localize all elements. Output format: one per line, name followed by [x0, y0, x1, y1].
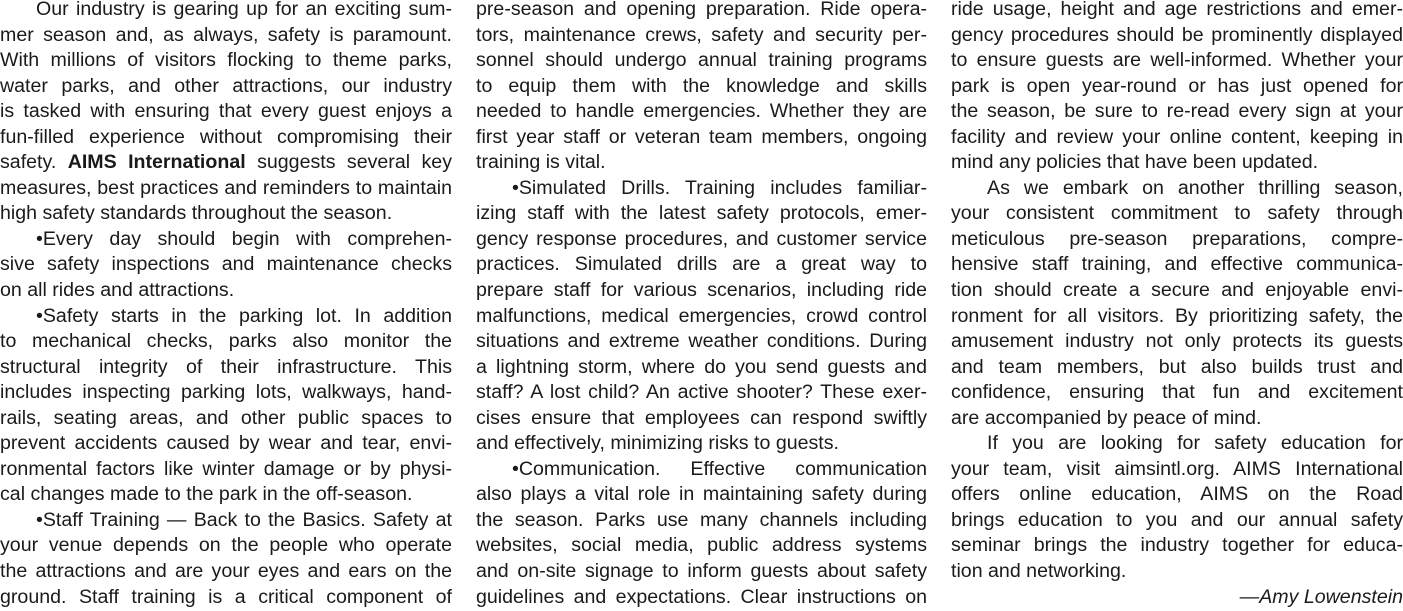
text-line: seminar brings the industry together for… — [951, 533, 1403, 559]
text-run: safety. — [0, 151, 68, 173]
text-line: situations and extreme weather condition… — [476, 329, 927, 355]
text-line: to ensure guests are well-informed. Whet… — [951, 48, 1403, 74]
text-line: rails, seating areas, and other public s… — [0, 406, 452, 432]
article-column-1: Our industry is gearing up for an exciti… — [0, 0, 452, 610]
text-line: to mechanical checks, parks also monitor… — [0, 329, 452, 355]
text-line: a lightning storm, where do you send gue… — [476, 355, 927, 381]
text-line: tion and networking. — [951, 559, 1403, 585]
text-line: and on-site signage to inform guests abo… — [476, 559, 927, 585]
text-line: are accompanied by peace of mind. — [951, 406, 1403, 432]
text-line: needed to handle emergencies. Whether th… — [476, 99, 927, 125]
text-line: gency response procedures, and customer … — [476, 227, 927, 253]
text-line: the season, be sure to re-read every sig… — [951, 99, 1403, 125]
text-line: practices. Simulated drills are a great … — [476, 252, 927, 278]
text-line: and effectively, minimizing risks to gue… — [476, 431, 927, 457]
text-line: mer season and, as always, safety is par… — [0, 23, 452, 49]
text-line: With millions of visitors flocking to th… — [0, 48, 452, 74]
text-line: gency procedures should be prominently d… — [951, 23, 1403, 49]
text-line: prevent accidents caused by wear and tea… — [0, 431, 452, 457]
article-column-2: pre-season and opening preparation. Ride… — [476, 0, 927, 610]
text-line: facility and review your online content,… — [951, 125, 1403, 151]
text-line: cises ensure that employees can respond … — [476, 406, 927, 432]
text-line: pre-season and opening preparation. Ride… — [476, 0, 927, 23]
text-line: water parks, and other attractions, our … — [0, 74, 452, 100]
text-line: the attractions and are your eyes and ea… — [0, 559, 452, 585]
organization-name: AIMS International — [68, 151, 246, 173]
text-line: •Communication. Effective communication — [476, 457, 927, 483]
text-line: •Simulated Drills. Training includes fam… — [476, 176, 927, 202]
text-line: mind any policies that have been updated… — [951, 150, 1403, 176]
text-line: safety. AIMS International suggests seve… — [0, 150, 452, 176]
text-line: your team, visit aimsintl.org. AIMS Inte… — [951, 457, 1403, 483]
text-line: ground. Staff training is a critical com… — [0, 585, 452, 611]
text-line: confidence, ensuring that fun and excite… — [951, 380, 1403, 406]
text-line: training is vital. — [476, 150, 927, 176]
text-line: also plays a vital role in maintaining s… — [476, 482, 927, 508]
text-line: tors, maintenance crews, safety and secu… — [476, 23, 927, 49]
text-line: cal changes made to the park in the off-… — [0, 482, 452, 508]
text-line: high safety standards throughout the sea… — [0, 201, 452, 227]
text-line: izing staff with the latest safety proto… — [476, 201, 927, 227]
text-line: malfunctions, medical emergencies, crowd… — [476, 304, 927, 330]
text-run: suggests several key — [246, 151, 452, 173]
text-line: tion should create a secure and enjoyabl… — [951, 278, 1403, 304]
text-line: prepare staff for various scenarios, inc… — [476, 278, 927, 304]
text-line: •Every day should begin with comprehen- — [0, 227, 452, 253]
text-line: structural integrity of their infrastruc… — [0, 355, 452, 381]
text-line: guidelines and expectations. Clear instr… — [476, 585, 927, 611]
text-line: ronment for all visitors. By prioritizin… — [951, 304, 1403, 330]
text-line: to equip them with the knowledge and ski… — [476, 74, 927, 100]
text-line: •Staff Training — Back to the Basics. Sa… — [0, 508, 452, 534]
text-line: hensive staff training, and effective co… — [951, 252, 1403, 278]
text-line: staff? A lost child? An active shooter? … — [476, 380, 927, 406]
article-column-3: ride usage, height and age restrictions … — [951, 0, 1403, 610]
text-line: ride usage, height and age restrictions … — [951, 0, 1403, 23]
text-line: If you are looking for safety education … — [951, 431, 1403, 457]
text-line: amusement industry not only protects its… — [951, 329, 1403, 355]
text-line: •Safety starts in the parking lot. In ad… — [0, 304, 452, 330]
text-line: fun-filled experience without compromisi… — [0, 125, 452, 151]
text-line: includes inspecting parking lots, walkwa… — [0, 380, 452, 406]
article-body: Our industry is gearing up for an exciti… — [0, 0, 1403, 611]
text-line: measures, best practices and reminders t… — [0, 176, 452, 202]
text-line: your consistent commitment to safety thr… — [951, 201, 1403, 227]
text-line: your venue depends on the people who ope… — [0, 533, 452, 559]
text-line: on all rides and attractions. — [0, 278, 452, 304]
text-line: park is open year-round or has just open… — [951, 74, 1403, 100]
text-line: first year staff or veteran team members… — [476, 125, 927, 151]
text-line: and team members, but also builds trust … — [951, 355, 1403, 381]
text-line: the season. Parks use many channels incl… — [476, 508, 927, 534]
text-line: websites, social media, public address s… — [476, 533, 927, 559]
text-line: Our industry is gearing up for an exciti… — [0, 0, 452, 23]
text-line: As we embark on another thrilling season… — [951, 176, 1403, 202]
text-line: is tasked with ensuring that every guest… — [0, 99, 452, 125]
text-line: sonnel should undergo annual training pr… — [476, 48, 927, 74]
text-line: brings education to you and our annual s… — [951, 508, 1403, 534]
text-line: sive safety inspections and maintenance … — [0, 252, 452, 278]
author-signature: —Amy Lowenstein — [951, 585, 1403, 611]
text-line: meticulous pre-season preparations, comp… — [951, 227, 1403, 253]
text-line: ronmental factors like winter damage or … — [0, 457, 452, 483]
text-line: offers online education, AIMS on the Roa… — [951, 482, 1403, 508]
